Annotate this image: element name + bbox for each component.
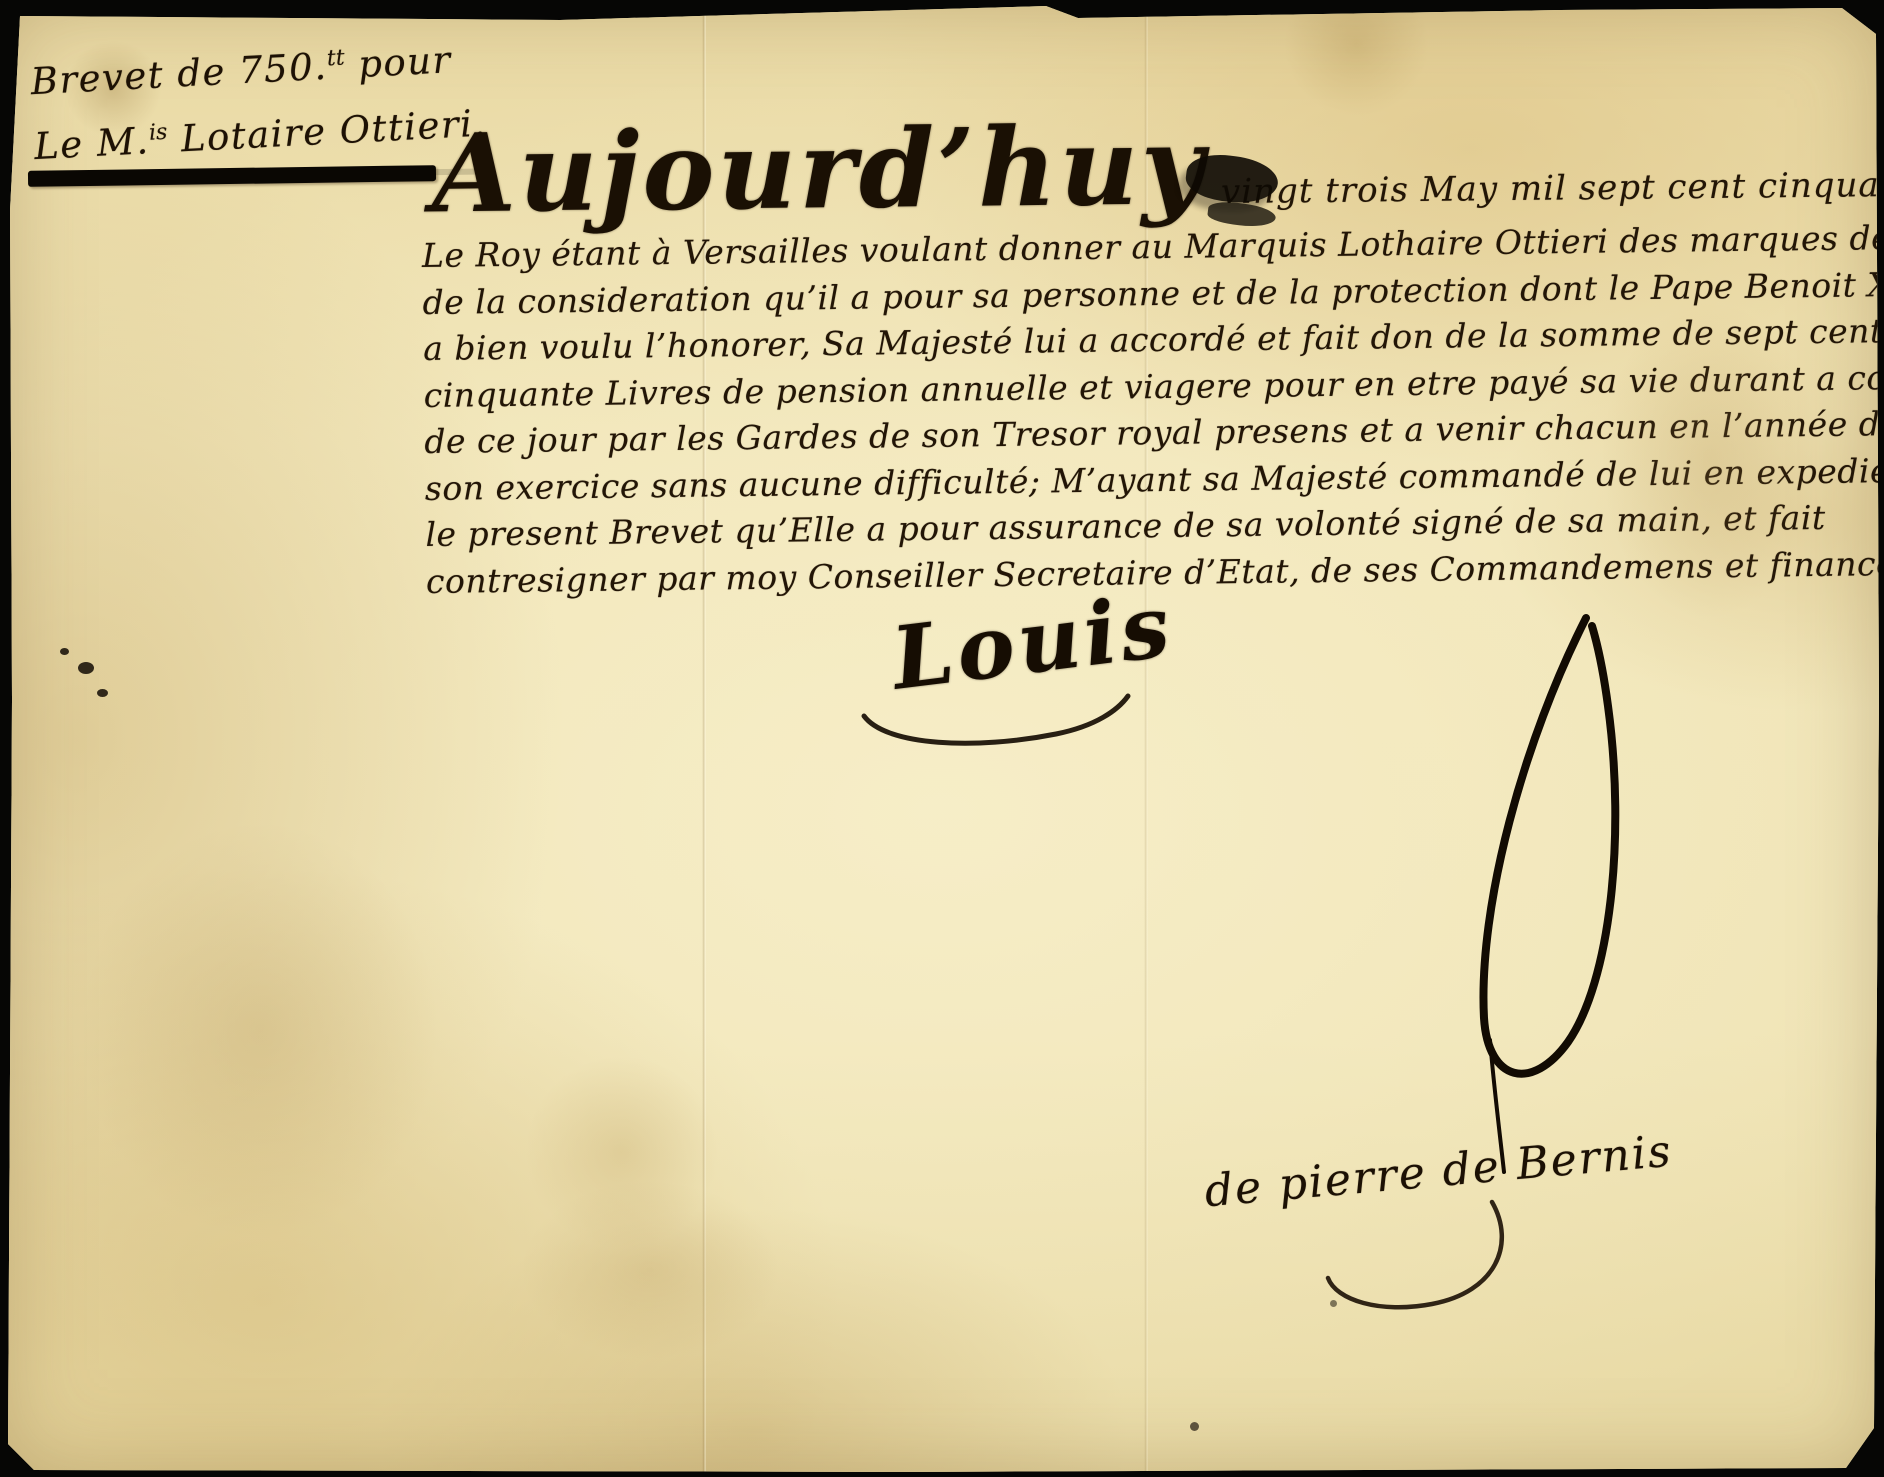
signature-flourish	[856, 688, 1136, 758]
date-phrase: vingt trois May mil sept cent cinquante …	[1221, 163, 1884, 212]
document-photo: { "colors": { "parchment": "#ecdfae", "i…	[0, 0, 1884, 1477]
age-stain	[520, 1180, 780, 1360]
docket-title-pre: Le M.	[33, 119, 150, 168]
docket-for: pour	[344, 38, 453, 87]
body-text: Le Roy étant à Versailles voulant donner…	[422, 219, 1576, 605]
docket-amount: Brevet de 750.	[30, 45, 329, 103]
marquis-abbrev: is	[148, 120, 168, 146]
opening-word: Aujourd’huy	[431, 103, 1207, 237]
countersignature-flourish	[1240, 1196, 1540, 1326]
livre-symbol: tt	[326, 45, 345, 71]
opening-line: Aujourd’huy vingt trois May mil sept cen…	[431, 97, 1832, 238]
docket-annotation: Brevet de 750.tt pour Le M.is Lotaire Ot…	[29, 22, 488, 176]
age-stain	[80, 820, 440, 1240]
ink-speck	[78, 662, 94, 674]
paraph-flourish	[1428, 610, 1678, 1190]
ink-speck	[60, 648, 69, 655]
ink-speck	[1330, 1300, 1337, 1307]
ink-speck	[1190, 1422, 1199, 1431]
ink-speck	[97, 689, 108, 697]
parchment-sheet: Brevet de 750.tt pour Le M.is Lotaire Ot…	[0, 0, 1884, 1477]
